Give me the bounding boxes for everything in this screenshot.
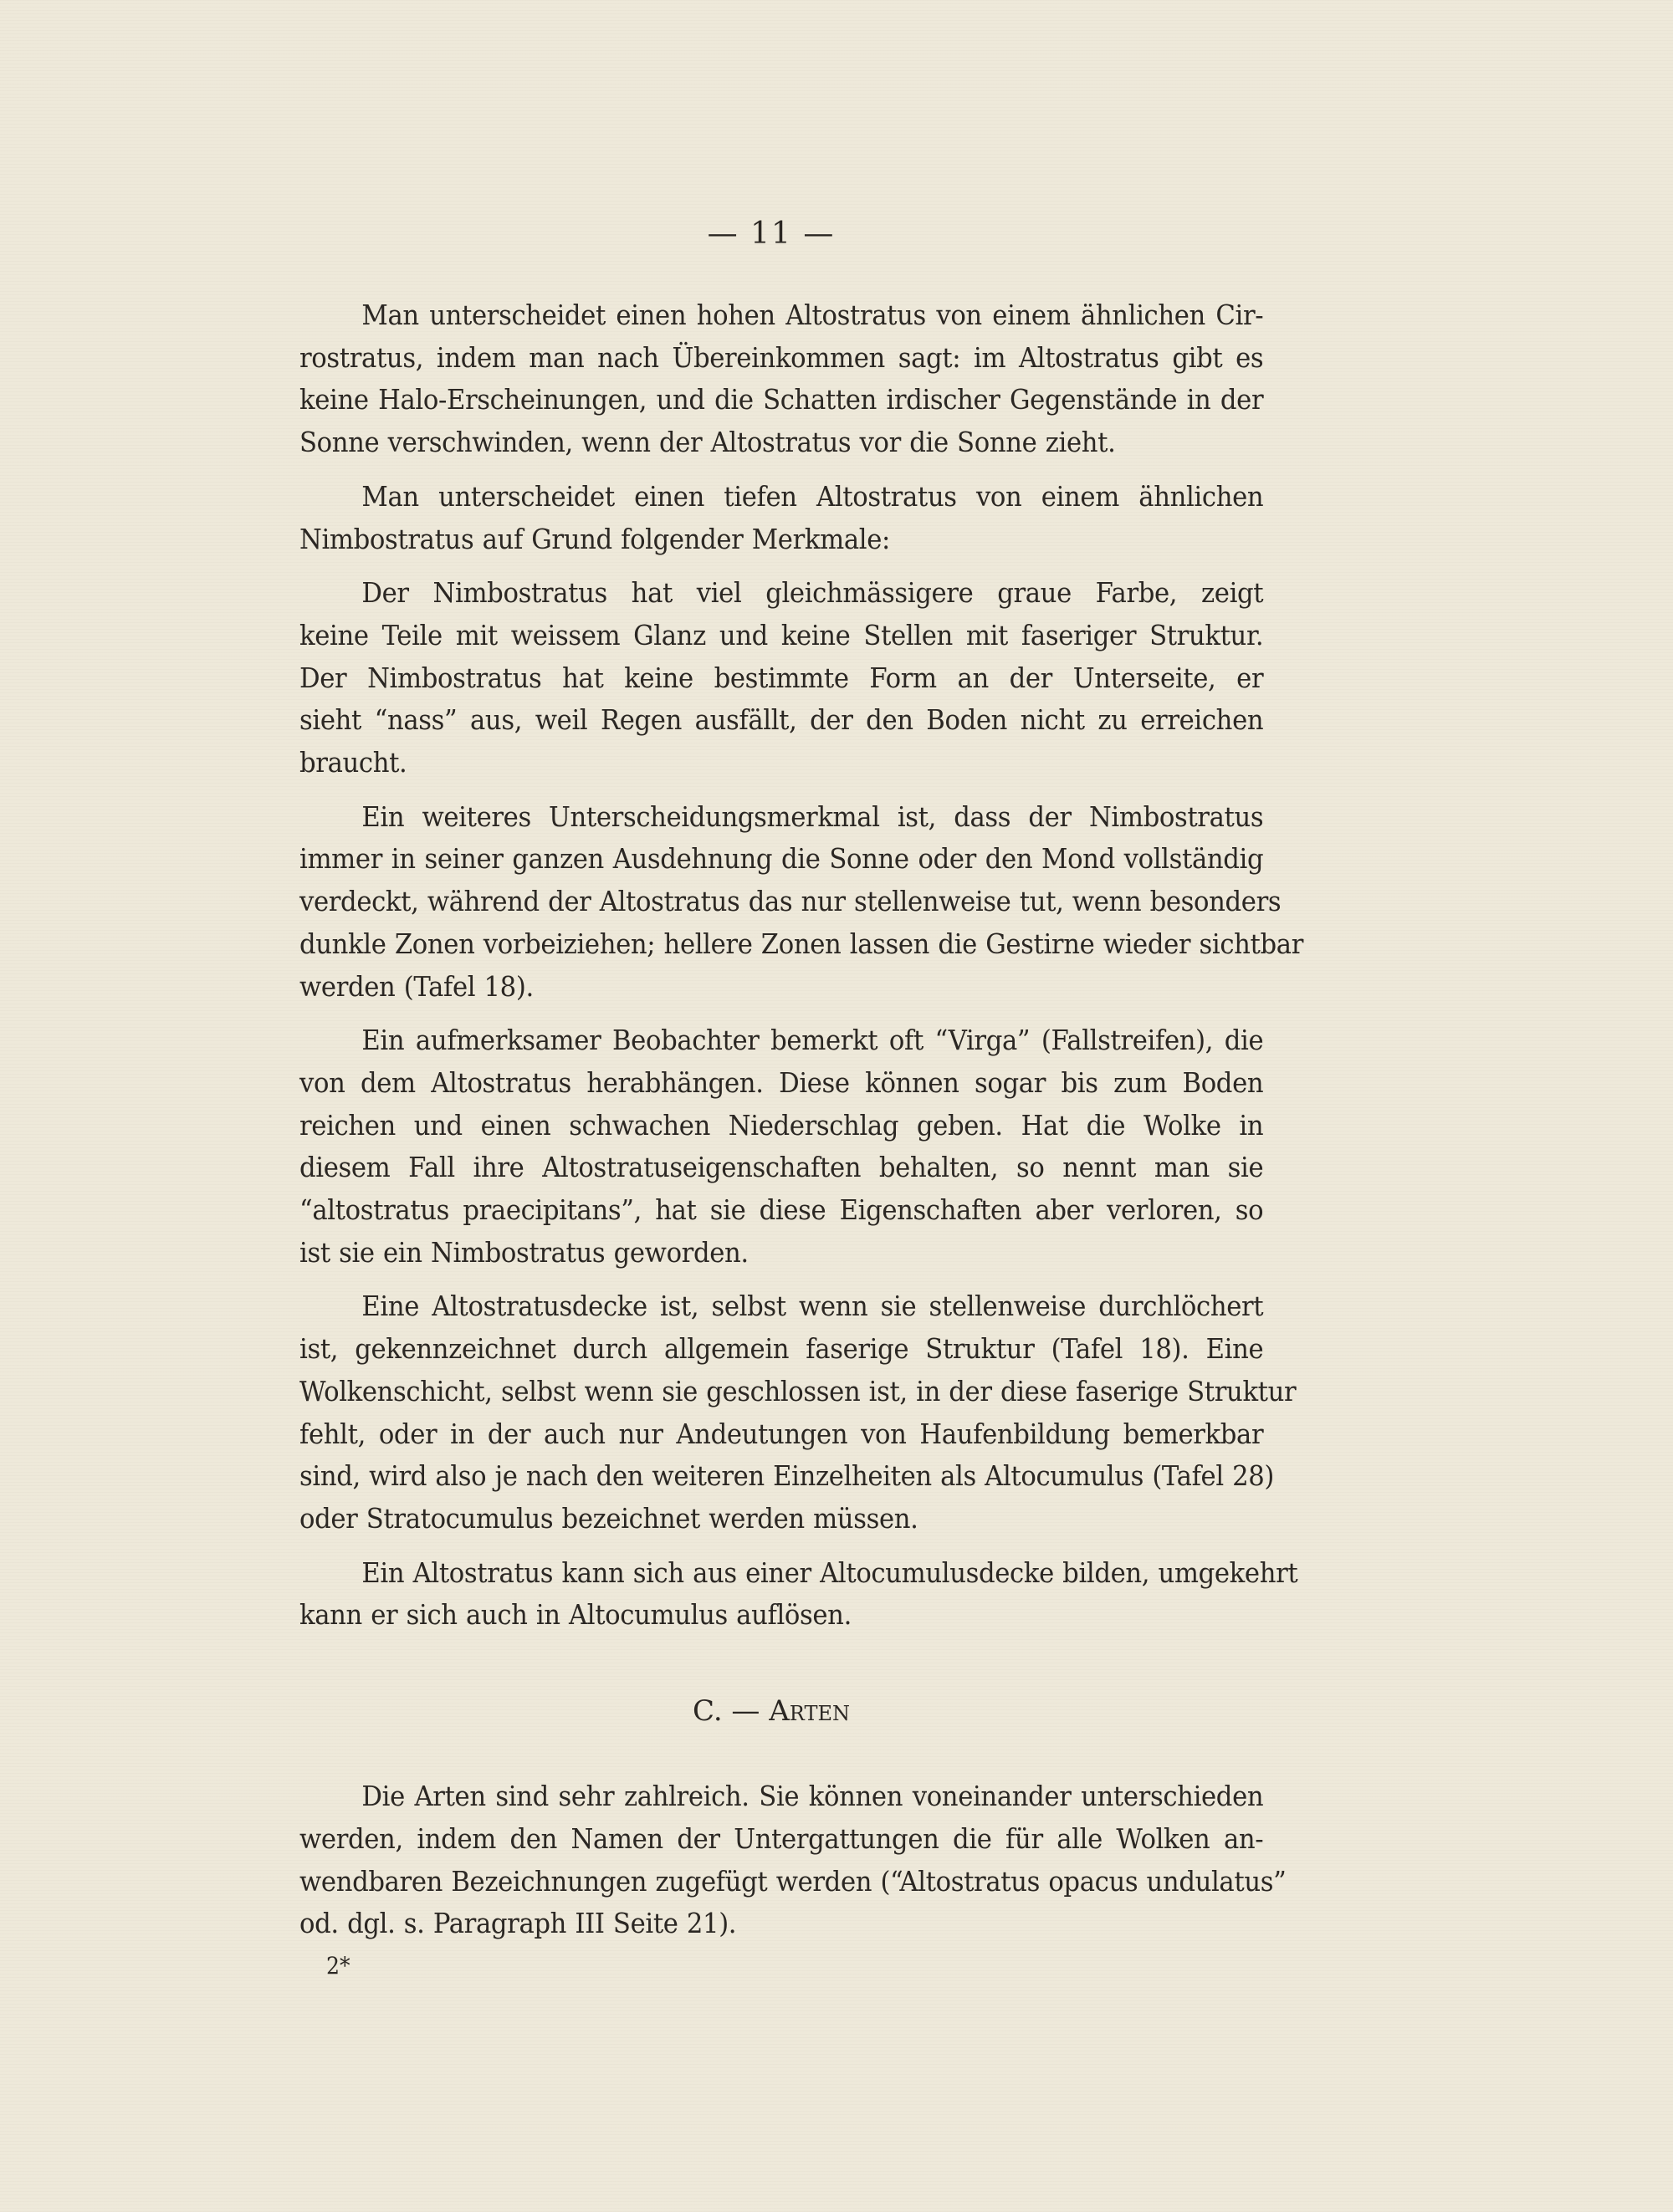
paragraph: Ein aufmerksamer Beobachter bemerkt oft …: [299, 1019, 1263, 1274]
paragraph: Die Arten sind sehr zahlreich. Sie könne…: [299, 1775, 1263, 1945]
text-line: Ein weiteres Unterscheidungsmerkmal ist,…: [299, 796, 1263, 839]
text-line: von dem Altostratus herabhängen. Diese k…: [299, 1062, 1263, 1105]
body-text: Man unterscheidet einen hohen Altostratu…: [299, 294, 1263, 1637]
text-line: Nimbostratus auf Grund folgender Merkmal…: [299, 519, 1263, 561]
section-heading-title: Arten: [769, 1694, 850, 1728]
text-line: immer in seiner ganzen Ausdehnung die So…: [299, 838, 1263, 881]
text-line: diesem Fall ihre Altostratuseigenschafte…: [299, 1147, 1263, 1189]
page-number: — 11 —: [279, 209, 1263, 259]
text-line: braucht.: [299, 742, 1263, 784]
paragraph: Man unterscheidet einen tiefen Altostrat…: [299, 476, 1263, 560]
paragraph: Ein weiteres Unterscheidungsmerkmal ist,…: [299, 796, 1263, 1009]
text-line: Ein Altostratus kann sich aus einer Alto…: [299, 1552, 1263, 1595]
document-page: — 11 — Man unterscheidet einen hohen Alt…: [299, 209, 1263, 1980]
text-line: ist, gekennzeichnet durch allgemein fase…: [299, 1328, 1263, 1371]
text-line: keine Halo-Erscheinungen, und die Schatt…: [299, 379, 1263, 421]
text-line: verdeckt, während der Altostratus das nu…: [299, 881, 1263, 923]
text-line: Die Arten sind sehr zahlreich. Sie könne…: [299, 1775, 1263, 1818]
text-line: “altostratus praecipitans”, hat sie dies…: [299, 1189, 1263, 1232]
text-line: Ein aufmerksamer Beobachter bemerkt oft …: [299, 1019, 1263, 1062]
text-line: Sonne verschwinden, wenn der Altostratus…: [299, 421, 1263, 464]
text-line: sieht “nass” aus, weil Regen ausfällt, d…: [299, 699, 1263, 742]
paragraph: Eine Altostratusdecke ist, selbst wenn s…: [299, 1285, 1263, 1540]
text-line: keine Teile mit weissem Glanz und keine …: [299, 615, 1263, 657]
paragraph: Man unterscheidet einen hohen Altostratu…: [299, 294, 1263, 464]
text-line: Man unterscheidet einen hohen Altostratu…: [299, 294, 1263, 337]
section-heading: C. — Arten: [279, 1688, 1263, 1734]
section-heading-prefix: C. —: [693, 1694, 769, 1728]
text-line: rostratus, indem man nach Übereinkommen …: [299, 337, 1263, 380]
text-line: od. dgl. s. Paragraph III Seite 21).: [299, 1903, 1263, 1945]
text-line: wendbaren Bezeichnungen zugefügt werden …: [299, 1861, 1263, 1903]
text-line: oder Stratocumulus bezeichnet werden müs…: [299, 1498, 1263, 1540]
signature-mark: 2*: [326, 1952, 1169, 1980]
paragraph: Ein Altostratus kann sich aus einer Alto…: [299, 1552, 1263, 1637]
text-line: werden (Tafel 18).: [299, 966, 1263, 1009]
text-line: fehlt, oder in der auch nur Andeutungen …: [299, 1413, 1263, 1456]
text-line: Der Nimbostratus hat viel gleichmässiger…: [299, 572, 1263, 615]
text-line: Wolkenschicht, selbst wenn sie geschloss…: [299, 1371, 1263, 1413]
text-line: sind, wird also je nach den weiteren Ein…: [299, 1455, 1263, 1498]
text-line: reichen und einen schwachen Niederschlag…: [299, 1105, 1263, 1147]
text-line: Eine Altostratusdecke ist, selbst wenn s…: [299, 1285, 1263, 1328]
text-line: ist sie ein Nimbostratus geworden.: [299, 1232, 1263, 1275]
text-line: kann er sich auch in Altocumulus auflöse…: [299, 1594, 1263, 1637]
text-line: dunkle Zonen vorbeiziehen; hellere Zonen…: [299, 923, 1263, 966]
text-line: werden, indem den Namen der Untergattung…: [299, 1818, 1263, 1861]
paragraph: Der Nimbostratus hat viel gleichmässiger…: [299, 572, 1263, 784]
section-text: Die Arten sind sehr zahlreich. Sie könne…: [299, 1775, 1263, 1945]
text-line: Der Nimbostratus hat keine bestimmte For…: [299, 657, 1263, 700]
text-line: Man unterscheidet einen tiefen Altostrat…: [299, 476, 1263, 519]
